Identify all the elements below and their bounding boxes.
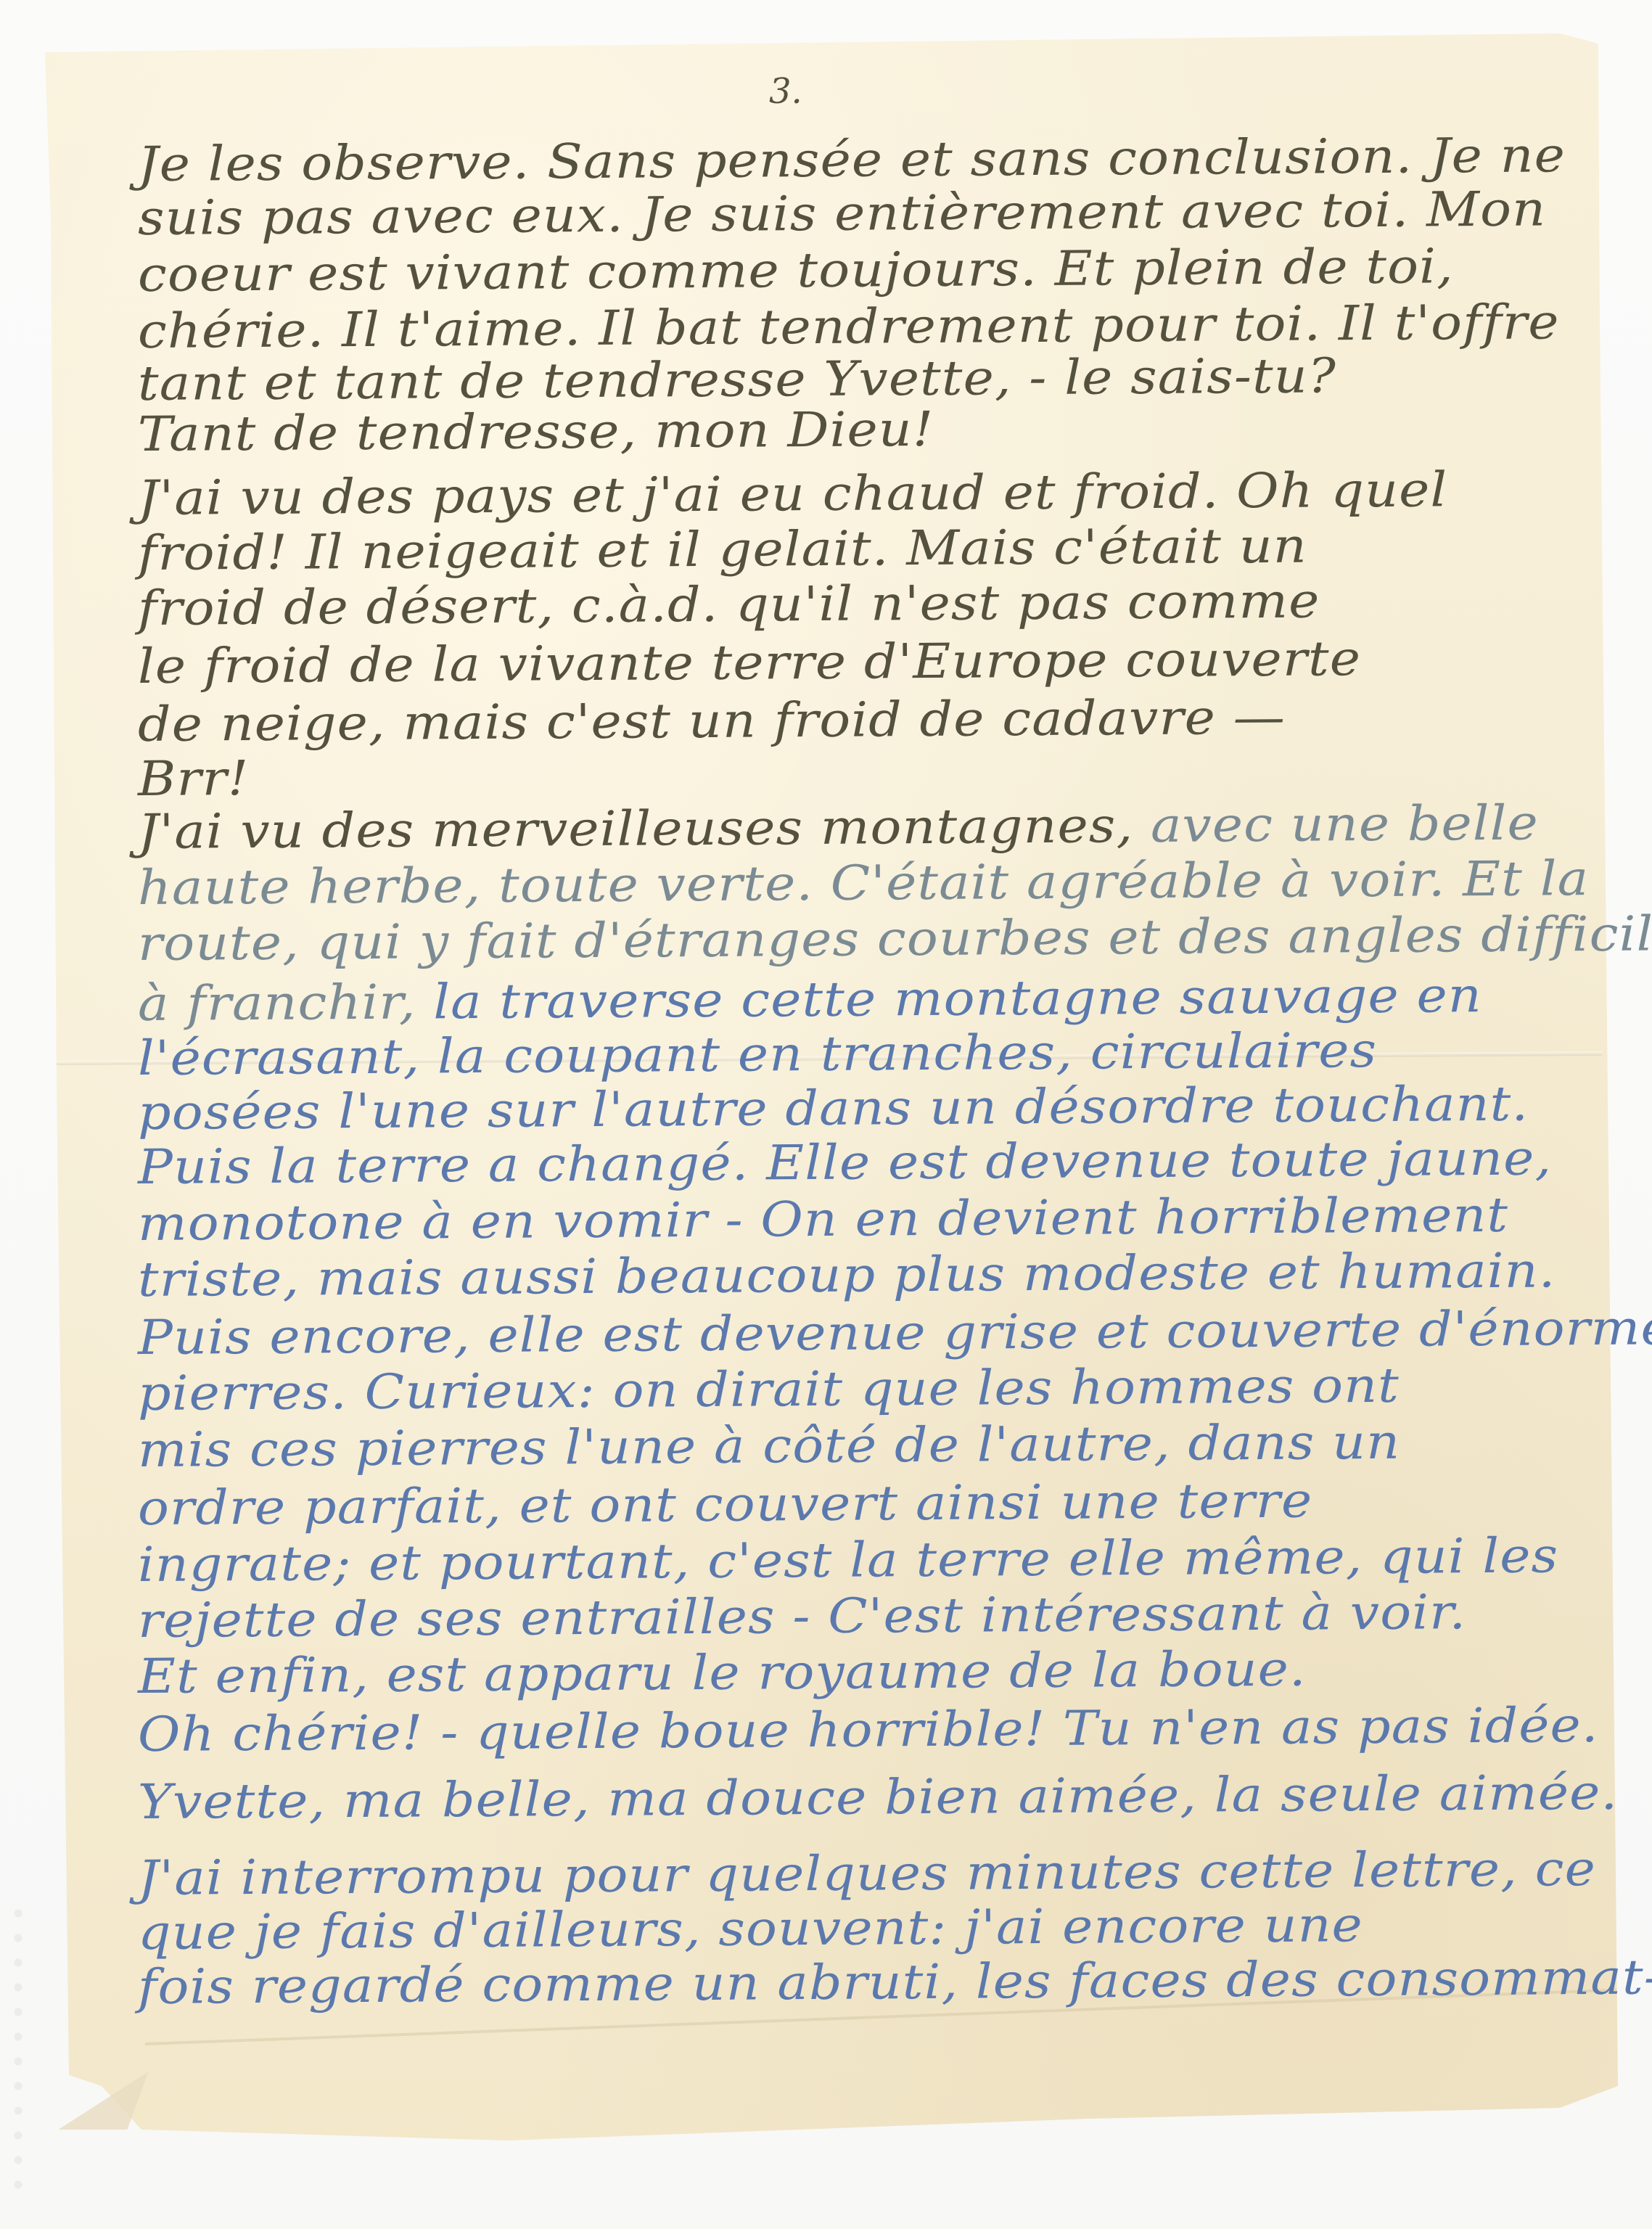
letter-line: J'ai interrompu pour quelques minutes ce… (138, 1841, 1596, 1906)
letter-line: l'écrasant, la coupant en tranches, circ… (138, 1022, 1378, 1086)
letter-line: Tant de tendresse, mon Dieu! (138, 401, 934, 462)
letter-line: mis ces pierres l'une à côté de l'autre,… (138, 1414, 1401, 1478)
letter-line: Yvette, ma belle, ma douce bien aimée, l… (138, 1765, 1619, 1830)
letter-line: ordre parfait, et ont couvert ainsi une … (138, 1473, 1313, 1536)
letter-line-segment-gray: avec une belle (1133, 795, 1539, 854)
letter-line: Brr! (138, 750, 250, 807)
letter-line: chérie. Il t'aime. Il bat tendrement pou… (138, 294, 1560, 359)
letter-line: coeur est vivant comme toujours. Et plei… (138, 238, 1454, 303)
letter-line-ink-change: à franchir, la traverse cette montagne s… (138, 967, 1482, 1032)
letter-line: Puis encore, elle est devenue grise et c… (138, 1300, 1652, 1366)
letter-line: rejette de ses entrailles - C'est intére… (138, 1584, 1467, 1649)
letter-line: Oh chérie! - quelle boue horrible! Tu n'… (138, 1697, 1599, 1762)
letter-line: Et enfin, est apparu le royaume de la bo… (138, 1641, 1307, 1704)
letter-line: suis pas avec eux. Je suis entièrement a… (138, 181, 1547, 246)
letter-line: froid! Il neigeait et il gelait. Mais c'… (138, 518, 1307, 581)
letter-line-ink-change: J'ai vu des merveilleuses montagnes, ave… (138, 795, 1539, 860)
letter-line: le froid de la vivante terre d'Europe co… (138, 631, 1362, 694)
letter-line: haute herbe, toute verte. C'était agréab… (138, 850, 1590, 916)
letter-line: triste, mais aussi beaucoup plus modeste… (138, 1242, 1556, 1308)
letter-line: froid de désert, c.à.d. qu'il n'est pas … (138, 572, 1320, 636)
letter-line: que je fais d'ailleurs, souvent: j'ai en… (138, 1897, 1363, 1961)
letter-line: monotone à en vomir - On en devient horr… (138, 1187, 1509, 1252)
letter-line: Puis la terre a changé. Elle est devenue… (138, 1130, 1553, 1195)
letter-line: pierres. Curieux: on dirait que les homm… (138, 1358, 1400, 1421)
letter-line-segment-brown: J'ai vu des merveilleuses montagnes, (138, 797, 1134, 860)
letter-line-segment-gray: à franchir, (138, 974, 416, 1032)
letter-line: fois regardé comme un abruti, les faces … (138, 1949, 1652, 2015)
letter-line: ingrate; et pourtant, c'est la terre ell… (138, 1527, 1559, 1593)
letter-line: de neige, mais c'est un froid de cadavre… (138, 689, 1286, 752)
letter-line: route, qui y fait d'étranges courbes et … (138, 906, 1652, 972)
letter-line-segment-blue: la traverse cette montagne sauvage en (416, 967, 1482, 1030)
letter-line: J'ai vu des pays et j'ai eu chaud et fro… (138, 461, 1448, 526)
letter-body: Je les observe. Sans pensée et sans conc… (0, 0, 1652, 2229)
